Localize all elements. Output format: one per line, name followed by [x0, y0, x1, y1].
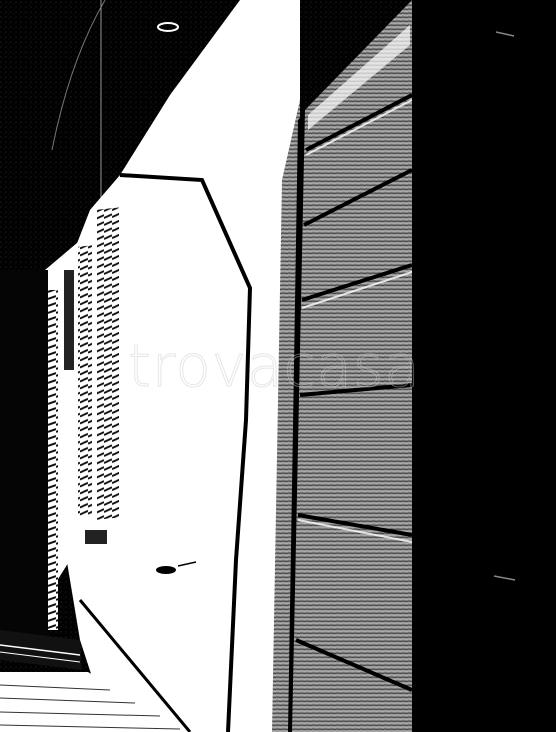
window-shutter-3 [64, 270, 74, 370]
photo-scene [0, 0, 556, 732]
left-shadow [0, 270, 48, 650]
wooden-door [292, 0, 412, 732]
wall-fixture [156, 566, 176, 574]
window-shutter-2 [78, 245, 92, 516]
window-shutter-1 [97, 207, 119, 519]
left-shutter-far [48, 290, 58, 630]
window-sill [85, 530, 107, 544]
dark-door-side [412, 0, 556, 732]
property-photo: trovacasa [0, 0, 556, 732]
